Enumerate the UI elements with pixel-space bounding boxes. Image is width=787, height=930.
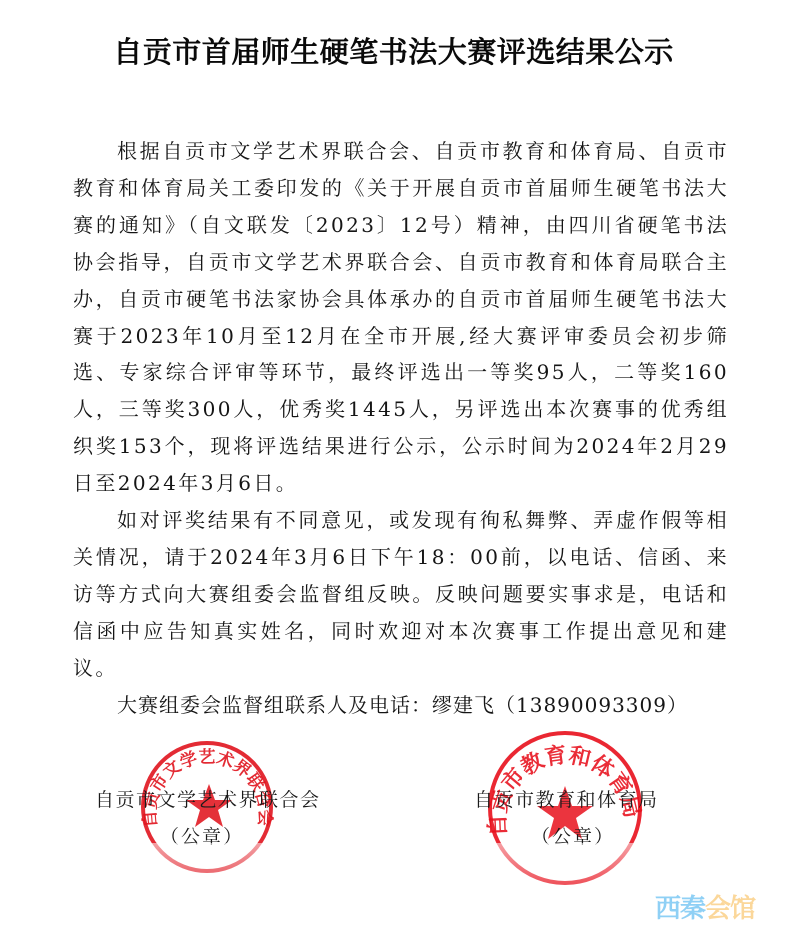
signature-org-literature-federation: 自贡市文学艺术界联合会: [95, 785, 321, 812]
paragraph-objection-procedure: 如对评奖结果有不同意见，或发现有徇私舞弊、弄虚作假等相关情况，请于2024年3月…: [73, 502, 729, 687]
document-title: 自贡市首届师生硬笔书法大赛评选结果公示: [0, 30, 787, 74]
signature-org-education-sports-bureau: 自贡市教育和体育局: [474, 785, 659, 812]
contact-line: 大赛组委会监督组联系人及电话：缪建飞（13890093309）: [73, 687, 729, 724]
stamp-label-literature-federation: （公章）: [160, 822, 244, 849]
stamp-label-education-sports-bureau: （公章）: [531, 822, 615, 849]
watermark-part1: 西秦: [655, 894, 705, 924]
watermark-part2: 会馆: [705, 894, 755, 924]
document-body: 根据自贡市文学艺术界联合会、自贡市教育和体育局、自贡市教育和体育局关工委印发的《…: [73, 133, 729, 724]
paragraph-announcement: 根据自贡市文学艺术界联合会、自贡市教育和体育局、自贡市教育和体育局关工委印发的《…: [73, 133, 729, 502]
watermark-logo: 西秦会馆: [655, 888, 755, 925]
